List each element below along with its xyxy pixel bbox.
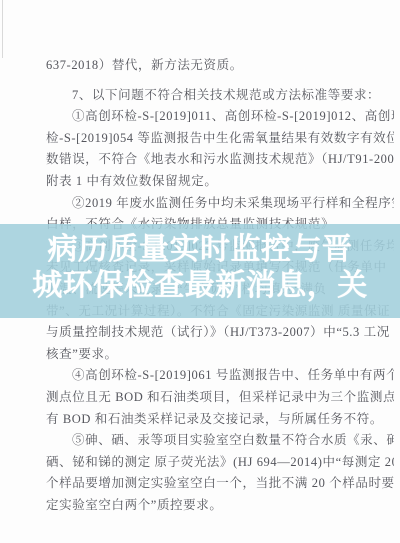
headline-overlay-band: 病历质量实时监控与晋 城环保检查最新消息，关 [0, 224, 400, 318]
document-line: 数错误，不符合《地表水和污水监测技术规范》（HJ/T91-2002） [46, 149, 394, 171]
document-line: ②2019 年废水监测任务中均未采集现场平行样和全程序空 [46, 193, 394, 215]
document-line: 核查”要求。 [46, 344, 394, 366]
document-line: 检-S-[2019]054 等监测报告中生化需氧量结果有效数字有效位 [46, 128, 394, 150]
document-line: 测点位且无 BOD 和石油类项目，但采样记录中为三个监测点位且 [46, 387, 394, 409]
document-line: ⑤砷、硒、汞等项目实验室空白数量不符合水质《汞、砷、 [46, 430, 394, 452]
document-line: 附表 1 中有效位数保留规定。 [46, 171, 394, 193]
document-line: 与质量控制技术规范（试行）》（HJ/T373-2007）中“5.3 工况 [46, 322, 394, 344]
document-line: 定实验室空白两个”质控要求。 [46, 495, 394, 517]
document-photo: 637-2018）替代，新方法无资质。 7、以下问题不符合相关技术规范或方法标准… [0, 0, 400, 543]
headline-line-1: 病历质量实时监控与晋 [48, 232, 353, 268]
document-line: ④高创环检-S-[2019]061 号监测报告中、任务单中有两个监 [46, 365, 394, 387]
document-line: 有 BOD 和石油类采样记录及交接记录，与所属任务不符。 [46, 409, 394, 431]
document-line: 637-2018）替代，新方法无资质。 [46, 55, 394, 77]
document-line: ①高创环检-S-[2019]011、高创环检-S-[2019]012、高创环 [46, 106, 394, 128]
document-line: 个样品要增加测定实验室空白一个，当批不满 20 个样品时要测 [46, 473, 394, 495]
document-line: 硒、铋和锑的测定 原子荧光法》(HJ 694—2014)中“每测定 20 [46, 452, 394, 474]
headline-line-2: 城环保检查最新消息，关 [32, 268, 368, 304]
document-line: 7、以下问题不符合相关技术规范或方法标准等要求： [46, 85, 394, 107]
